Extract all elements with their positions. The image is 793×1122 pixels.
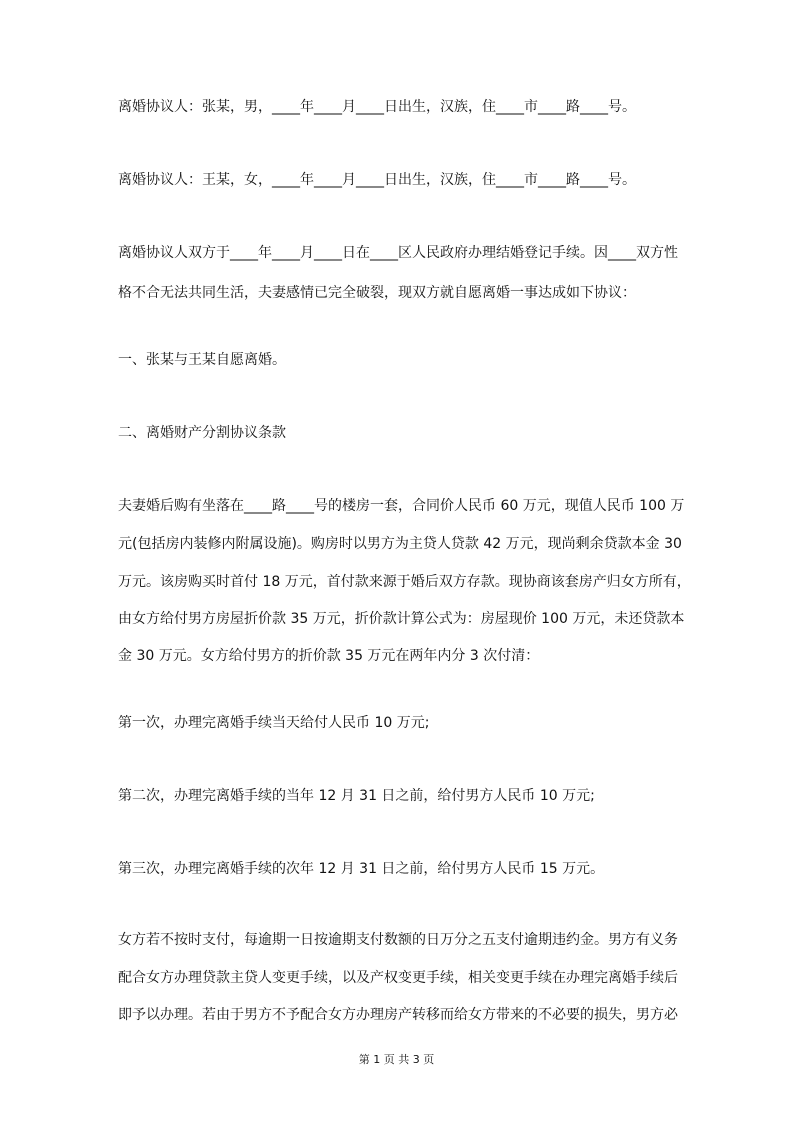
penalty-paragraph-line-2: 配合女方办理贷款主贷人变更手续，以及产权变更手续，相关变更手续在办理完离婚手续后 <box>118 968 678 988</box>
property-paragraph-line-2: 元(包括房内装修内附属设施)。购房时以男方为主贷人贷款 42 万元，现尚剩余贷款… <box>118 534 682 554</box>
document-page: 离婚协议人：张某，男，____年____月____日出生，汉族，住____市__… <box>0 0 793 1122</box>
payment-third: 第三次，办理完离婚手续的次年 12 月 31 日之前，给付男方人民币 15 万元… <box>118 859 604 879</box>
marriage-registration-line-2: 格不合无法共同生活，夫妻感情已完全破裂，现双方就自愿离婚一事达成如下协议： <box>118 283 636 303</box>
payment-second: 第二次，办理完离婚手续的当年 12 月 31 日之前，给付男方人民币 10 万元… <box>118 786 595 806</box>
party-line-zhang: 离婚协议人：张某，男，____年____月____日出生，汉族，住____市__… <box>118 97 636 117</box>
page-indicator: 第 1 页 共 3 页 <box>0 1052 793 1068</box>
clause-two-heading: 二、离婚财产分割协议条款 <box>118 423 286 443</box>
clause-one-heading: 一、张某与王某自愿离婚。 <box>118 350 286 370</box>
payment-first: 第一次，办理完离婚手续当天给付人民币 10 万元; <box>118 713 429 733</box>
marriage-registration-line-1: 离婚协议人双方于____年____月____日在____区人民政府办理结婚登记手… <box>118 243 678 263</box>
property-paragraph-line-3: 万元。该房购买时首付 18 万元，首付款来源于婚后双方存款。现协商该套房产归女方… <box>118 572 691 592</box>
property-paragraph-line-4: 由女方给付男方房屋折价款 35 万元，折价款计算公式为：房屋现价 100 万元，… <box>118 609 684 629</box>
penalty-paragraph-line-3: 即予以办理。若由于男方不予配合女方办理房产转移而给女方带来的不必要的损失，男方必 <box>118 1005 678 1025</box>
property-paragraph-line-5: 金 30 万元。女方给付男方的折价款 35 万元在两年内分 3 次付清： <box>118 646 539 666</box>
penalty-paragraph-line-1: 女方若不按时支付，每逾期一日按逾期支付数额的日万分之五支付逾期违约金。男方有义务 <box>118 930 678 950</box>
property-paragraph-line-1: 夫妻婚后购有坐落在____路____号的楼房一套，合同价人民币 60 万元，现值… <box>118 496 684 516</box>
party-line-wang: 离婚协议人：王某，女，____年____月____日出生，汉族，住____市__… <box>118 170 636 190</box>
